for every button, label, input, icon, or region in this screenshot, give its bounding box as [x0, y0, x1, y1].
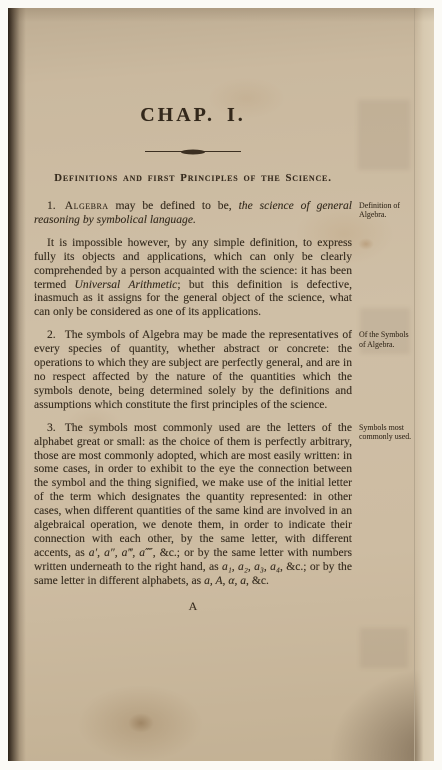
swelled-rule-ornament	[145, 147, 241, 156]
paragraph: 3.The symbols most commonly used are the…	[34, 421, 416, 588]
text-run: Universal Arithmetic	[75, 278, 178, 291]
paragraph: It is impossible however, by any simple …	[34, 236, 416, 319]
chapter-heading: CHAP. I.	[34, 104, 352, 127]
text-run: The symbols of Algebra may be made the r…	[34, 328, 352, 411]
foxing-stain	[128, 713, 154, 733]
signature-mark: A	[189, 599, 198, 613]
text-run: may be defined to be,	[109, 199, 239, 212]
text-run: , &c.	[246, 574, 269, 587]
page-content: CHAP. I. Definitions and first Principle…	[34, 8, 416, 615]
paragraph-number: 1.	[47, 199, 56, 212]
text-run: The symbols most commonly used are the l…	[34, 421, 352, 559]
paragraph: 2.The symbols of Algebra may be made the…	[34, 328, 416, 411]
paragraph-text: 2.The symbols of Algebra may be made the…	[34, 328, 352, 411]
text-run: a′, a″, a‴, a⁗	[89, 546, 153, 559]
text-run: a, A, α, a	[204, 574, 246, 587]
margin-note	[352, 236, 416, 238]
binding-gutter-shadow	[8, 8, 26, 761]
book-page-scan: CHAP. I. Definitions and first Principle…	[8, 8, 434, 761]
margin-note: Definition of Algebra.	[352, 199, 416, 220]
page-edge-strip	[414, 8, 434, 761]
paragraph-text: It is impossible however, by any simple …	[34, 236, 352, 319]
paragraphs: 1.Algebra may be defined to be, the scie…	[34, 199, 416, 588]
section-heading: Definitions and first Principles of the …	[34, 172, 352, 184]
paragraph-text: 3.The symbols most commonly used are the…	[34, 421, 352, 588]
paragraph-text: 1.Algebra may be defined to be, the scie…	[34, 199, 352, 227]
paragraph: 1.Algebra may be defined to be, the scie…	[34, 199, 416, 227]
showthrough-text-smudge	[360, 628, 408, 668]
paragraph-number: 3.	[47, 421, 56, 434]
margin-note: Symbols most commonly used.	[352, 421, 416, 442]
signature-row: A	[34, 597, 352, 615]
text-run: Algebra	[65, 199, 109, 212]
scan-frame: CHAP. I. Definitions and first Principle…	[0, 0, 442, 770]
paragraph-number: 2.	[47, 328, 56, 341]
margin-note: Of the Symbols of Algebra.	[352, 328, 416, 349]
text-run: a₁, a₂, a₃, a₄	[222, 560, 280, 573]
